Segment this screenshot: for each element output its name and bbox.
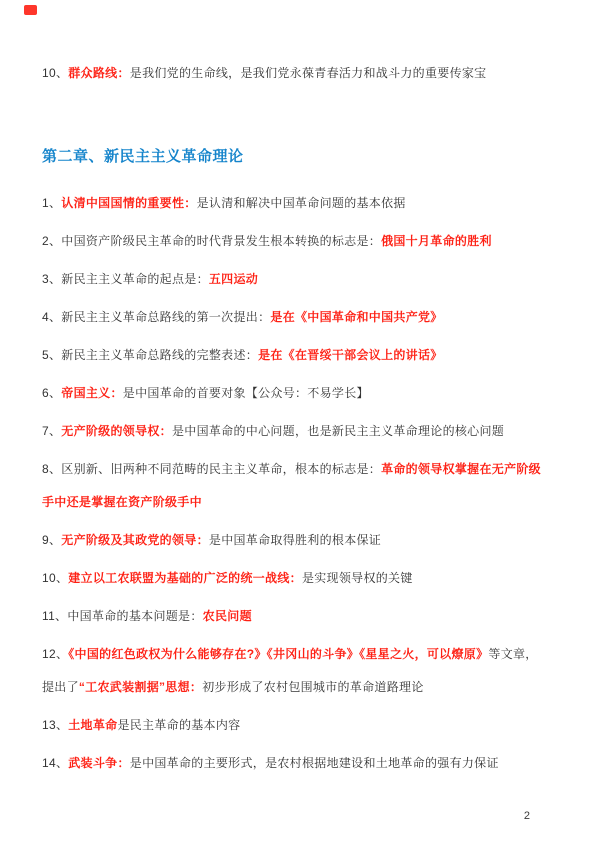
text-segment: 是在《中国革命和中国共产党》 — [270, 310, 442, 324]
list-item: 10、群众路线：是我们党的生命线，是我们党永葆青春活力和战斗力的重要传家宝 — [42, 57, 552, 90]
text-segment: 是实现领导权的关键 — [302, 571, 413, 585]
list-item: 10、建立以工农联盟为基础的广泛的统一战线：是实现领导权的关键 — [42, 562, 552, 595]
item-list: 1、认清中国国情的重要性：是认清和解决中国革命问题的基本依据2、中国资产阶级民主… — [42, 187, 552, 780]
red-corner-mark — [24, 5, 37, 15]
list-item: 11、中国革命的基本问题是：农民问题 — [42, 600, 552, 633]
document-page: 10、群众路线：是我们党的生命线，是我们党永葆青春活力和战斗力的重要传家宝 第二… — [0, 0, 596, 842]
page-number: 2 — [524, 810, 530, 822]
text-segment: 《中国的红色政权为什么能够存在?》《井冈山的斗争》《星星之火，可以燎原》 — [68, 647, 488, 661]
list-item: 14、武装斗争：是中国革命的主要形式，是农村根据地建设和土地革命的强有力保证 — [42, 747, 552, 780]
text-segment: 是中国革命的主要形式，是农村根据地建设和土地革命的强有力保证 — [130, 756, 499, 770]
text-segment: 是民主革命的基本内容 — [117, 718, 240, 732]
list-item: 1、认清中国国情的重要性：是认清和解决中国革命问题的基本依据 — [42, 187, 552, 220]
list-item: 9、无产阶级及其政党的领导：是中国革命取得胜利的根本保证 — [42, 524, 552, 557]
text-segment: 是认清和解决中国革命问题的基本依据 — [197, 196, 406, 210]
text-segment: 11、中国革命的基本问题是： — [42, 609, 203, 623]
list-item: 5、新民主主义革命总路线的完整表述：是在《在晋绥干部会议上的讲话》 — [42, 339, 552, 372]
text-segment: 五四运动 — [209, 272, 258, 286]
text-segment: 是中国革命取得胜利的根本保证 — [209, 533, 381, 547]
text-segment: 13、 — [42, 718, 68, 732]
text-segment: 10、 — [42, 571, 68, 585]
list-item: 2、中国资产阶级民主革命的时代背景发生根本转换的标志是：俄国十月革命的胜利 — [42, 225, 552, 258]
text-segment: 无产阶级及其政党的领导： — [61, 533, 209, 547]
text-segment: 武装斗争： — [68, 756, 130, 770]
text-segment: 认清中国国情的重要性： — [61, 196, 196, 210]
text-segment: 是在《在晋绥干部会议上的讲话》 — [258, 348, 443, 362]
text-segment: 手中还是掌握在资产阶级手中 — [42, 495, 202, 509]
text-segment: 无产阶级的领导权： — [61, 424, 172, 438]
text-segment: 是我们党的生命线，是我们党永葆青春活力和战斗力的重要传家宝 — [130, 66, 487, 80]
text-segment: 俄国十月革命的胜利 — [381, 234, 492, 248]
list-item: 12、《中国的红色政权为什么能够存在?》《井冈山的斗争》《星星之火，可以燎原》等… — [42, 638, 552, 704]
text-segment: 1、 — [42, 196, 61, 210]
text-segment: 9、 — [42, 533, 61, 547]
page-content: 10、群众路线：是我们党的生命线，是我们党永葆青春活力和战斗力的重要传家宝 第二… — [0, 0, 596, 780]
list-item: 6、帝国主义：是中国革命的首要对象【公众号：不易学长】 — [42, 377, 552, 410]
list-item: 4、新民主主义革命总路线的第一次提出：是在《中国革命和中国共产党》 — [42, 301, 552, 334]
list-item: 13、土地革命是民主革命的基本内容 — [42, 709, 552, 742]
text-segment: 革命的领导权掌握在无产阶级 — [381, 462, 541, 476]
text-segment: 5、新民主主义革命总路线的完整表述： — [42, 348, 258, 362]
text-segment: 土地革命 — [68, 718, 117, 732]
text-segment: 6、 — [42, 386, 61, 400]
text-segment: 3、新民主主义革命的起点是： — [42, 272, 209, 286]
text-segment: 14、 — [42, 756, 68, 770]
intro-list: 10、群众路线：是我们党的生命线，是我们党永葆青春活力和战斗力的重要传家宝 — [42, 57, 552, 90]
text-segment: 是中国革命的中心问题，也是新民主主义革命理论的核心问题 — [172, 424, 504, 438]
list-item: 7、无产阶级的领导权：是中国革命的中心问题，也是新民主主义革命理论的核心问题 — [42, 415, 552, 448]
text-segment: 初步形成了农村包围城市的革命道路理论 — [202, 680, 423, 694]
list-item: 3、新民主主义革命的起点是：五四运动 — [42, 263, 552, 296]
text-segment: 12、 — [42, 647, 68, 661]
text-segment: 帝国主义： — [61, 386, 123, 400]
text-segment: 是中国革命的首要对象【公众号：不易学长】 — [123, 386, 369, 400]
text-segment: 等文章， — [488, 647, 537, 661]
text-segment: “工农武装割据”思想： — [79, 680, 202, 694]
text-segment: 4、新民主主义革命总路线的第一次提出： — [42, 310, 270, 324]
text-segment: 建立以工农联盟为基础的广泛的统一战线： — [68, 571, 302, 585]
text-segment: 10、 — [42, 66, 68, 80]
text-segment: 8、区别新、旧两种不同范畴的民主主义革命，根本的标志是： — [42, 462, 381, 476]
text-segment: 7、 — [42, 424, 61, 438]
chapter-heading: 第二章、新民主主义革命理论 — [42, 144, 552, 170]
list-item: 8、区别新、旧两种不同范畴的民主主义革命，根本的标志是：革命的领导权掌握在无产阶… — [42, 453, 552, 519]
text-segment: 农民问题 — [203, 609, 252, 623]
text-segment: 2、中国资产阶级民主革命的时代背景发生根本转换的标志是： — [42, 234, 381, 248]
text-segment: 提出了 — [42, 680, 79, 694]
text-segment: 群众路线： — [68, 66, 130, 80]
